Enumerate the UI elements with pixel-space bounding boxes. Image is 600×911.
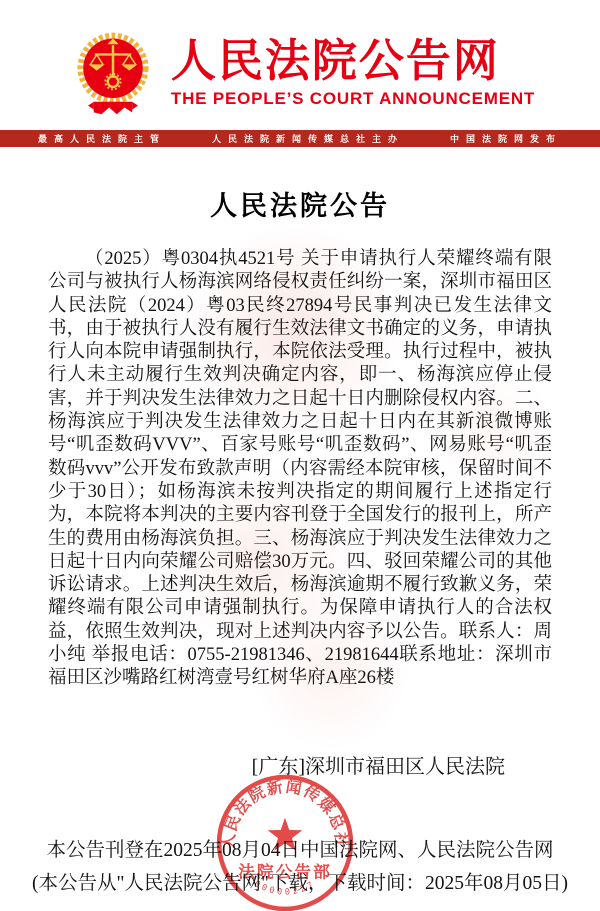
- announcement-title: 人民法院公告: [0, 184, 600, 223]
- site-header: 人民法院公告网 THE PEOPLE’S COURT ANNOUNCEMENT: [0, 0, 600, 122]
- stamp-star-icon: [268, 818, 303, 851]
- svg-text:00000227: 00000227: [252, 879, 317, 898]
- court-emblem-icon: [65, 25, 161, 121]
- masthead-center: 人民法院新闻传媒总社主办: [212, 132, 404, 145]
- official-stamp: 人民法院新闻传媒总社 法院公告部 00000227: [213, 771, 357, 911]
- stamp-serial-number: 00000227: [252, 879, 317, 898]
- site-brand: 人民法院公告网 THE PEOPLE’S COURT ANNOUNCEMENT: [171, 37, 535, 108]
- stamp-department-text: 法院公告部: [238, 861, 332, 881]
- masthead-right: 中国法院网发布: [450, 132, 562, 145]
- announcement-page: 人民法院公告网 THE PEOPLE’S COURT ANNOUNCEMENT …: [0, 0, 600, 911]
- site-subtitle: THE PEOPLE’S COURT ANNOUNCEMENT: [171, 89, 535, 109]
- site-title: 人民法院公告网: [171, 37, 500, 84]
- masthead-strip: 最高人民法院主管 人民法院新闻传媒总社主办 中国法院网发布: [0, 130, 600, 147]
- masthead-left: 最高人民法院主管: [38, 132, 166, 145]
- announcement-body: （2025）粤0304执4521号 关于申请执行人荣耀终端有限公司与被执行人杨海…: [48, 248, 552, 691]
